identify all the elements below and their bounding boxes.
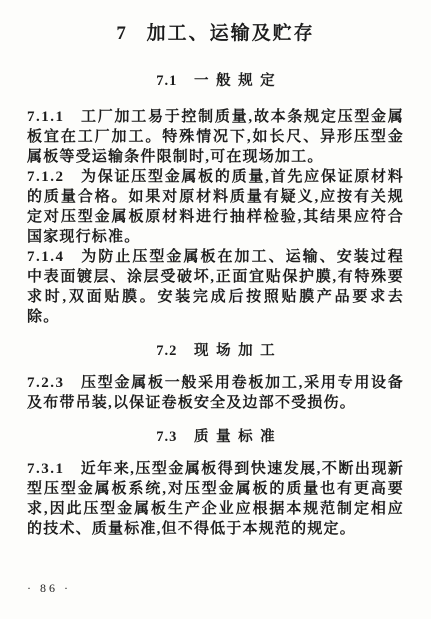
page-number: · 86 ·: [27, 581, 71, 595]
section-7-3-body: 7.3.1 近年来,压型金属板得到快速发展,不断出现新型压型金属板系统,对压型金…: [27, 459, 404, 539]
section-7-1-body: 7.1.1 工厂加工易于控制质量,故本条规定压型金属板宜在工厂加工。特殊情况下,…: [27, 107, 404, 327]
section-title: 质量标准: [194, 429, 282, 445]
chapter-number: 7: [116, 23, 126, 44]
clause-number: 7.1.2: [27, 169, 65, 185]
section-title: 一般规定: [194, 73, 282, 89]
section-7-2-body: 7.2.3 压型金属板一般采用卷板加工,采用专用设备及布带吊装,以保证卷板安全及…: [27, 373, 404, 413]
clause-text: 为保证压型金属板的质量,首先应保证原材料的质量合格。如果对原材料质量有疑义,应按…: [27, 169, 404, 245]
clause-text: 工厂加工易于控制质量,故本条规定压型金属板宜在工厂加工。特殊情况下,如长尺、异形…: [27, 109, 404, 165]
section-number: 7.3: [156, 429, 177, 445]
clause-text: 为防止压型金属板在加工、运输、安装过程中表面镀层、涂层受破坏,正面宜贴保护膜,有…: [27, 249, 404, 325]
clause-number: 7.3.1: [27, 461, 65, 477]
clause-text: 压型金属板一般采用卷板加工,采用专用设备及布带吊装,以保证卷板安全及边部不受损伤…: [27, 375, 404, 411]
clause-7-1-1: 7.1.1 工厂加工易于控制质量,故本条规定压型金属板宜在工厂加工。特殊情况下,…: [27, 107, 404, 167]
clause-7-2-3: 7.2.3 压型金属板一般采用卷板加工,采用专用设备及布带吊装,以保证卷板安全及…: [27, 373, 404, 413]
chapter-title: 7 加工、运输及贮存: [0, 0, 431, 45]
chapter-name: 加工、运输及贮存: [147, 23, 315, 44]
clause-number: 7.1.1: [27, 109, 65, 125]
section-number: 7.1: [156, 73, 177, 89]
clause-text: 近年来,压型金属板得到快速发展,不断出现新型压型金属板系统,对压型金属板的质量也…: [27, 461, 404, 537]
section-heading-7-1: 7.1 一般规定: [0, 73, 431, 90]
section-title: 现场加工: [194, 343, 282, 359]
clause-7-3-1: 7.3.1 近年来,压型金属板得到快速发展,不断出现新型压型金属板系统,对压型金…: [27, 459, 404, 539]
clause-7-1-2: 7.1.2 为保证压型金属板的质量,首先应保证原材料的质量合格。如果对原材料质量…: [27, 167, 404, 247]
page-footer: · 86 ·: [27, 581, 71, 596]
clause-7-1-4: 7.1.4 为防止压型金属板在加工、运输、安装过程中表面镀层、涂层受破坏,正面宜…: [27, 247, 404, 327]
section-number: 7.2: [156, 343, 177, 359]
clause-number: 7.1.4: [27, 249, 65, 265]
document-page: 7 加工、运输及贮存 7.1 一般规定 7.1.1 工厂加工易于控制质量,故本条…: [0, 0, 431, 619]
section-heading-7-3: 7.3 质量标准: [0, 429, 431, 446]
clause-number: 7.2.3: [27, 375, 65, 391]
section-heading-7-2: 7.2 现场加工: [0, 343, 431, 360]
